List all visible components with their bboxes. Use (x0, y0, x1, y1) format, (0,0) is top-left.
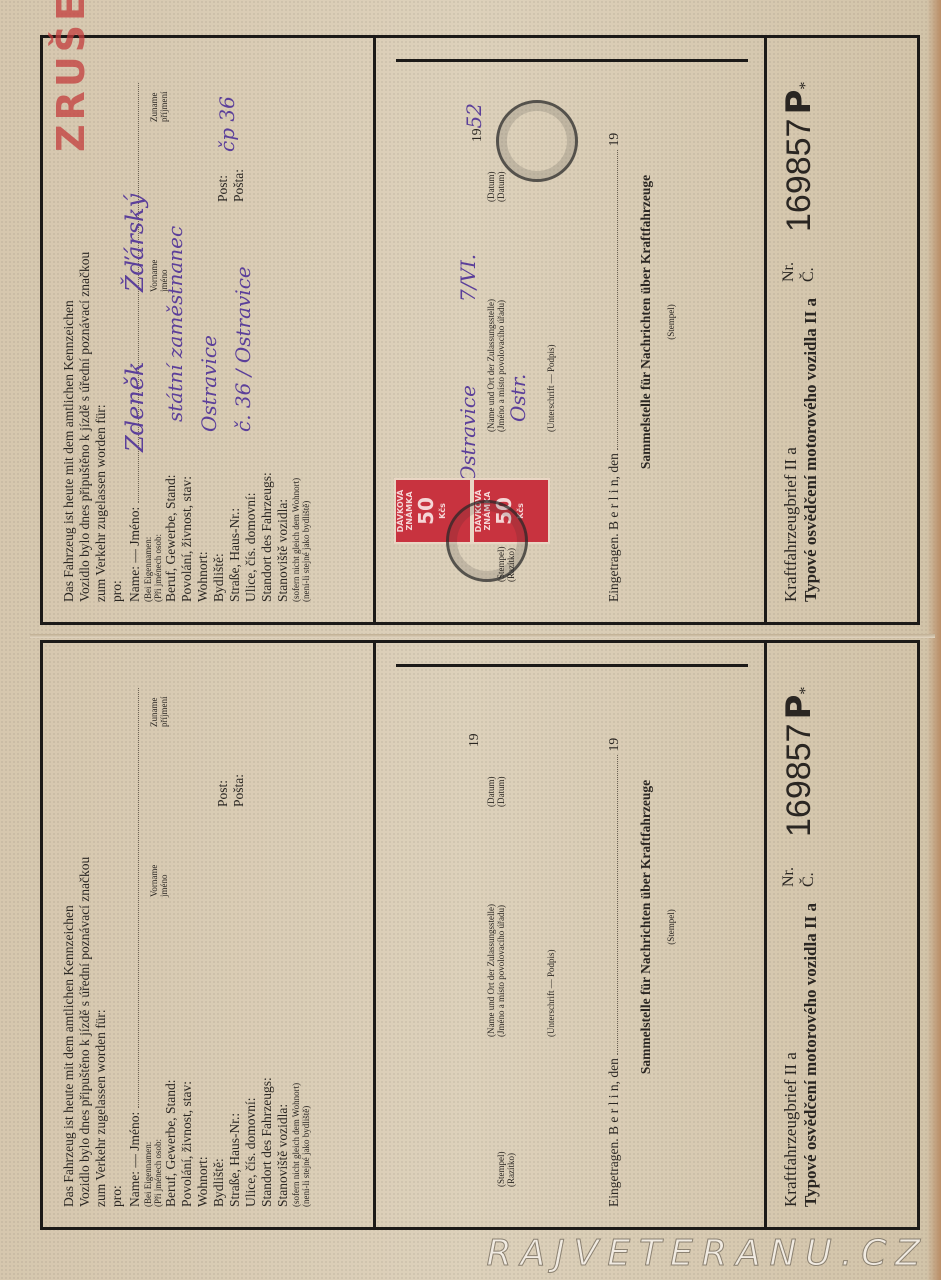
location-note-cs: (není-li stejné jako bydliště) (301, 83, 311, 602)
form-text: P (779, 90, 819, 115)
zuname-label: Zunamepříjmení (149, 92, 169, 123)
form-text: B e r l i n, den (606, 453, 621, 530)
form-text: (Datum) (486, 777, 496, 808)
form-text: příjmení (159, 92, 169, 123)
authority-section-blank: (Stempel)(Razítko) (Name und Ort der Zul… (373, 643, 756, 1227)
form-text: (Razítko) (506, 1152, 516, 1188)
eingetragen-row: Eingetragen. B e r l i n, den 19 (606, 133, 622, 602)
handwritten-authority-place: Ostravice (456, 385, 480, 482)
name-note-de: (Bei Eigennamen: (143, 83, 153, 602)
form-panel-filled: Das Fahrzeug ist heute mit dem amtlichen… (40, 35, 920, 625)
form-text (396, 664, 748, 667)
location-note-de: (sofern nicht gleich dem Wohnort) (291, 83, 301, 602)
document-footer-blank: Kraftfahrzeugbrief II a Typové osvědčení… (764, 643, 917, 1227)
form-text: * (797, 687, 814, 695)
form-text: Bydliště: (211, 688, 227, 1207)
form-text: (Datum) (486, 172, 496, 203)
form-text: (Při jménech osob: (153, 688, 163, 1207)
form-text (607, 755, 618, 1055)
form-text: P (779, 695, 819, 720)
form-text: (Stempel)(Razítko) (496, 1152, 516, 1188)
form-text: Sammelstelle für Nachrichten über Kraftf… (638, 707, 654, 1147)
form-text: Post: (215, 169, 231, 202)
handwritten-first-name: Zdeněk (121, 362, 149, 452)
handwritten-residence: Ostravice (197, 335, 221, 432)
post-label: Post:Pošta: (215, 169, 247, 202)
handwritten-date: 7/VI. (456, 254, 480, 302)
title-cs: Typové osvědčení motorového vozidla II a (803, 298, 819, 602)
form-text: Typové osvědčení motorového vozidla II a (803, 903, 819, 1207)
form-text: B e r l i n, den (606, 1058, 621, 1135)
form-text: Stanoviště vozidla: (275, 688, 291, 1207)
registry-stamp-label: (Stempel) (666, 102, 676, 542)
form-text: Ulice, čís. domovní: (243, 688, 259, 1207)
rotated-document: Das Fahrzeug ist heute mit dem amtlichen… (0, 0, 941, 1280)
form-text: Eingetragen. (606, 533, 621, 602)
handwritten-occupation: státní zaměstnanec (163, 226, 187, 422)
form-text: (Datum) (496, 172, 506, 203)
form-text: (Jméno a místo povolovacího úřadu) (496, 904, 506, 1037)
number-label-cs: Č. (801, 267, 817, 282)
form-text: DÁVKOVÁ ZNÁMKA (396, 480, 414, 542)
signature-label: (Unterschrift — Podpis) (546, 345, 556, 433)
form-text: 19 (466, 734, 482, 748)
form-text: Standort des Fahrzeugs: (259, 688, 275, 1207)
intro-line-4: pro: (109, 83, 125, 602)
handwritten-street: č. 36 / Ostravice (231, 266, 255, 432)
form-text: 169857 (780, 119, 818, 232)
authority-name-label: (Name und Ort der Zulassungsstelle)(Jmén… (486, 299, 506, 432)
form-text: * (797, 82, 814, 90)
form-text: 169857 P* (779, 687, 819, 837)
form-text: (Unterschrift — Podpis) (546, 950, 556, 1038)
form-text: 19 (469, 129, 484, 143)
office-round-stamp (496, 100, 578, 182)
intro-line-2: Vozidlo bylo dnes připuštěno k jízdě s ú… (77, 83, 93, 602)
date-label: (Datum)(Datum) (486, 172, 506, 203)
intro-line-1: Das Fahrzeug ist heute mit dem amtlichen… (61, 83, 77, 602)
location-label-cs: Stanoviště vozidla: (275, 83, 291, 602)
form-text: Pošta: (231, 774, 247, 807)
form-text: Vozidlo bylo dnes připuštěno k jízdě s ú… (77, 688, 93, 1207)
form-text: Vorname (149, 260, 159, 292)
registry-office-title: Sammelstelle für Nachrichten über Kraftf… (638, 102, 654, 542)
form-text: Wohnort: (195, 688, 211, 1207)
location-label-de: Standort des Fahrzeugs: (259, 83, 275, 602)
form-text: (Datum) (496, 777, 506, 808)
form-text: Beruf, Gewerbe, Stand: (163, 688, 179, 1207)
form-text: 19 (606, 738, 621, 752)
name-label: Name: — Jméno: (127, 507, 142, 602)
form-text: (Name und Ort der Zulassungsstelle) (486, 904, 496, 1037)
form-text (607, 150, 618, 450)
authority-section: (Stempel)(Razítko) (Name und Ort der Zul… (373, 38, 756, 622)
form-text: 19 (606, 133, 621, 147)
form-text: (Datum)(Datum) (486, 777, 506, 808)
intro-line-3: zum Verkehr zugelassen worden für: (93, 83, 109, 602)
form-text: (Stempel) (496, 1152, 506, 1188)
intro-text-blank: Das Fahrzeug ist heute mit dem amtlichen… (61, 688, 311, 1207)
form-text: Name: — Jméno: (127, 1112, 142, 1207)
form-text: Pošta: (231, 169, 247, 202)
handwritten-post: čp 36 (215, 96, 239, 152)
form-text: Zuname (149, 697, 159, 728)
red-cancel-stamp: ZRUŠENO (49, 0, 93, 152)
form-text: Vorname (149, 865, 159, 897)
form-text: Vornamejméno (149, 865, 169, 897)
form-text: (Bei Eigennamen: (143, 688, 153, 1207)
form-text: (Jméno a místo povolovacího úřadu) (496, 299, 506, 432)
form-text: jméno (159, 865, 169, 897)
form-text: Das Fahrzeug ist heute mit dem amtlichen… (61, 688, 77, 1207)
document-number: 169857 P* (779, 82, 819, 232)
name-note-cs: (Při jménech osob: (153, 83, 163, 602)
handwritten-signature: Ostr. (506, 374, 530, 422)
form-text: 169857 (780, 724, 818, 837)
form-text: pro: (109, 688, 125, 1207)
form-text: příjmení (159, 697, 169, 728)
form-text: Kčs (438, 480, 447, 542)
form-text: (Stempel) (666, 707, 676, 1147)
form-text: (sofern nicht gleich dem Wohnort) (291, 688, 301, 1207)
site-watermark: RAJVETERANU.CZ (486, 1233, 929, 1274)
form-text: Post:Pošta: (215, 774, 247, 807)
document-footer: Kraftfahrzeugbrief II a Typové osvědčení… (764, 38, 917, 622)
form-text: Zunamepříjmení (149, 697, 169, 728)
form-panel-blank: Das Fahrzeug ist heute mit dem amtlichen… (40, 640, 920, 1230)
form-text: (není-li stejné jako bydliště) (301, 688, 311, 1207)
form-text: Nr. (781, 867, 797, 887)
form-text: Č. (801, 872, 817, 887)
form-text: Zuname (149, 92, 159, 123)
form-text: Straße, Haus-Nr.: (227, 688, 243, 1207)
form-text: Name: — Jméno: (127, 83, 143, 602)
form-text: zum Verkehr zugelassen worden für: (93, 688, 109, 1207)
form-text: Kraftfahrzeugbrief II a (783, 1052, 799, 1207)
handwritten-last-name: Žďárský (121, 194, 149, 292)
divider (396, 59, 748, 62)
title-de: Kraftfahrzeugbrief II a (783, 447, 799, 602)
form-text: Eingetragen. (606, 1138, 621, 1207)
form-text: Povolání, živnost, stav: (179, 688, 195, 1207)
form-text: (Name und Ort der Zulassungsstelle) (486, 299, 496, 432)
registration-section-blank: Das Fahrzeug ist heute mit dem amtlichen… (55, 643, 355, 1227)
cancel-round-stamp (446, 500, 528, 582)
form-text: Post: (215, 774, 231, 807)
registration-section: Das Fahrzeug ist heute mit dem amtlichen… (55, 38, 355, 622)
form-text: Name: — Jméno: (127, 688, 143, 1207)
form-text: Eingetragen. B e r l i n, den 19 (606, 738, 622, 1207)
number-label-de: Nr. (781, 262, 797, 282)
form-text (128, 688, 139, 1108)
form-text: 50 (414, 480, 438, 542)
form-text: 52 (462, 103, 486, 128)
year-field: 1952 (466, 103, 485, 142)
form-text: (Name und Ort der Zulassungsstelle)(Jmén… (486, 904, 506, 1037)
